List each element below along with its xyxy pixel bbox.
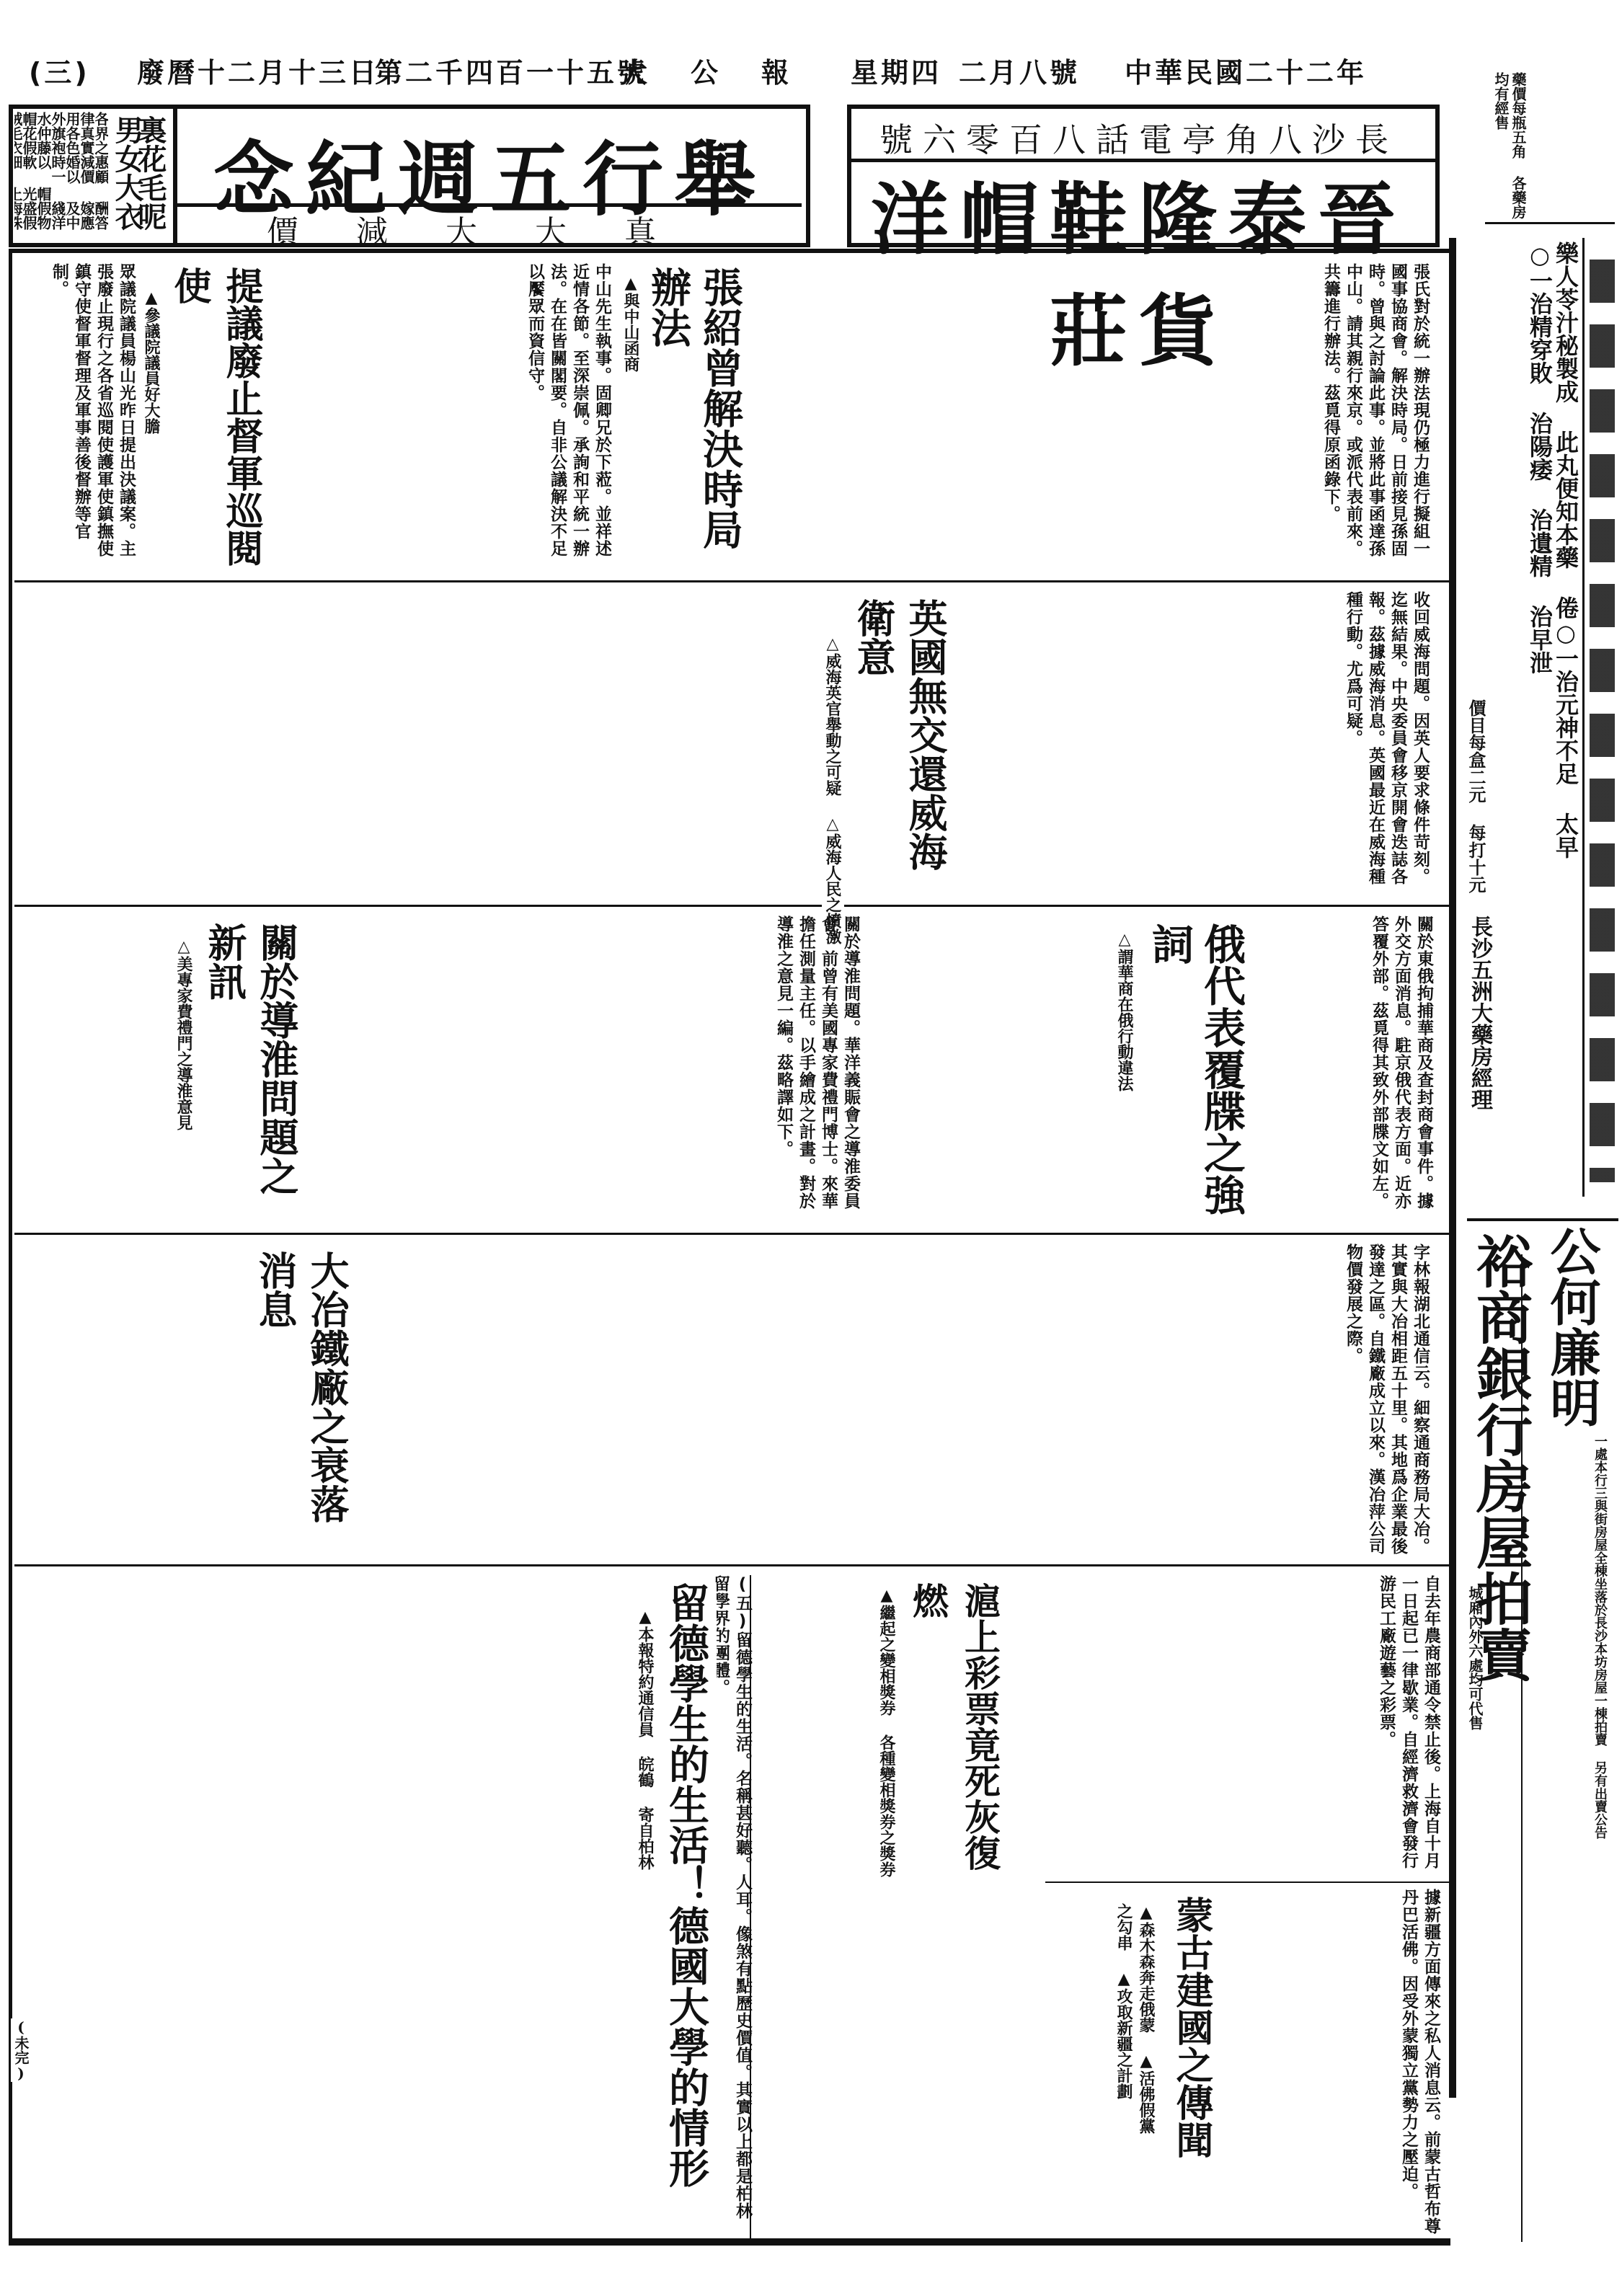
article-lottery-body: 自去年農商部通令禁止後。上海自十月一日起已一律歇業。自經濟救濟會發行游民工廠遊藝… [757, 1575, 1442, 1878]
article-berlin-headline: 留德學生的生活！德國大學的情形 [656, 1582, 717, 2224]
anniversary-fine-print: 各界之惠顧 酬答 律真實減價 嫁應用各色婚以 及中外旗袍時一 綫洋水仲藤以 帽假… [14, 112, 108, 241]
article-russia-subhead: △謂華商在俄行動違法 [1114, 930, 1136, 1091]
article-berlin-end-note: (未完) [11, 2018, 32, 2082]
row-divider [14, 1564, 1449, 1566]
news-frame-left [9, 249, 12, 2246]
article-berlin-subhead: ▲本報特約通信員 皖鶴 寄自柏林 [634, 1608, 657, 1870]
anniversary-item: 裏花毛呢 [130, 115, 171, 231]
article-zhang-subhead: ▲與中山函商 [620, 274, 642, 372]
article-huai-headline: 關於導淮問題之新訊 [195, 923, 307, 1225]
chengji-ad: 城廂內外六處均可代售 [1467, 1586, 1483, 2235]
article-lottery-headline: 滬上彩票竟死灰復燃 [898, 1582, 1010, 1878]
news-frame-top [9, 249, 1450, 253]
weekday: 星期四 [851, 50, 941, 94]
page-number: (三) [29, 50, 90, 94]
bank-ad-notice: 一處本行三與街房屋全棟坐落於長沙本坊房屋一棟拍賣 另有出賣公告 [1528, 1435, 1608, 2235]
bank-ad-top-rule [1467, 1218, 1618, 1221]
issue-number: 第二千四百一十五號 [375, 50, 647, 94]
medicine-top-notice: 藥價每瓶五角 各藥房均有經售 [1492, 72, 1527, 223]
bank-ad-title-side: 公何廉明 [1535, 1225, 1608, 1427]
row-divider [14, 580, 1449, 582]
medicine-price: 價目每盒二元 每打十元 [1463, 699, 1489, 893]
column-divider [750, 1575, 751, 2238]
article-abolish-subhead: ▲參議院議員好大膽 [141, 288, 163, 434]
article-huai-body: 關於導淮問題。華洋義賑會之導淮委員會。前曾有美國專家費禮門博士。來華擔任測量主任… [18, 916, 861, 1225]
row-divider [14, 905, 1449, 907]
medicine-notice-rule [1485, 222, 1615, 224]
article-weihai-subhead: △威海英官舉動之可疑 △威海人民之憤激 [822, 634, 844, 944]
medicine-footer: 長沙五洲大藥房經理 [1463, 916, 1495, 1204]
article-daye-body: 字林報湖北通信云。細察通商務局大冶。其實與大冶相距五十里。其地爲企業最後發達之區… [18, 1244, 1431, 1561]
news-frame-right [1449, 238, 1456, 2098]
date: 二月八號 [959, 50, 1080, 94]
anniversary-subline: 真大大減價 [180, 206, 800, 242]
anniversary-ad-divider [173, 105, 177, 247]
anniversary-headline: 舉行五週紀念 [180, 115, 800, 202]
paper-name: 大公報 [620, 50, 832, 94]
article-daye-headline: 大冶鐵廠之衰落消息 [245, 1251, 358, 1561]
article-mongolia-headline: 蒙古建國之傳聞 [1161, 1896, 1221, 2235]
ad-divider [1582, 238, 1585, 1197]
article-russia-headline: 俄代表覆牒之強詞 [1139, 923, 1251, 1225]
medicine-brand-brush [1590, 260, 1615, 1182]
row-divider [1045, 1881, 1449, 1883]
article-zhang-excerpt: 中山先生執事。固卿兄於下蒞。並祥述近情各節。至深崇佩。承詢和平統一辦法。在在皆關… [418, 263, 613, 573]
article-abolish-headline: 提議廢止督軍巡閱使 [159, 267, 271, 577]
news-frame-bottom [9, 2238, 1450, 2246]
bank-ad-vertical-rule [1521, 1254, 1523, 2242]
article-abolish-body: 眾議院議員楊山光昨日提出決議案。主張廢止現行之各省巡閱使護軍使鎮撫使鎮守使督軍督… [18, 263, 137, 573]
shoe-shop-phone: 長沙八角亭電話八百零六號 [851, 114, 1427, 161]
row-divider [14, 1233, 1449, 1235]
old-calendar-date: 廢曆十二月十三日 [137, 50, 379, 94]
year: 中華民國二十二年 [1125, 50, 1367, 94]
article-zhang-headline: 張紹曾解決時局辦法 [638, 267, 750, 577]
article-lottery-subhead: ▲繼起之變相獎券 各種變相獎券之獎券 [876, 1586, 898, 1877]
article-weihai-headline: 英國無交還威海衛意 [843, 598, 956, 901]
article-weihai-body: 收回威海問題。因英人要求條件苛刻。迄無結果。中央委員會移京開會迭誌各報。茲據威海… [18, 591, 1431, 901]
article-huai-subhead: △美專家費禮門之導淮意見 [173, 937, 195, 1130]
article-mongolia-subhead: ▲森木森奔走俄蒙 ▲活佛假黨之勾串 ▲攻取新疆之計劃 [1096, 1903, 1158, 2134]
